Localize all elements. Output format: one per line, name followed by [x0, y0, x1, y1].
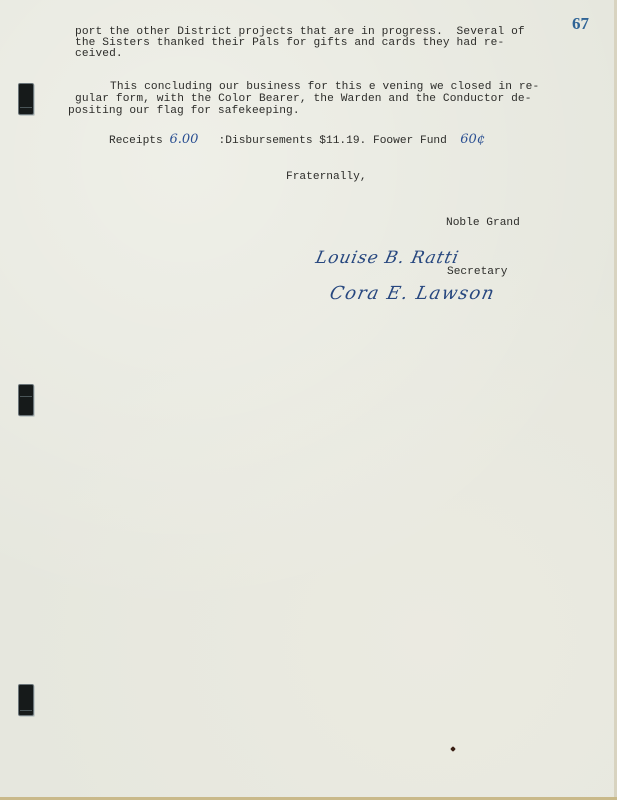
- paragraph-1-line-2: the Sisters thanked their Pals for gifts…: [75, 38, 504, 49]
- flower-fund-label: Foower Fund: [373, 135, 447, 147]
- closing-salutation: Fraternally,: [286, 171, 367, 183]
- document-page: 67 port the other District projects that…: [0, 0, 614, 797]
- paragraph-1-line-3: ceived.: [75, 49, 123, 60]
- binder-hole-top: [18, 83, 34, 115]
- financial-summary-line: Receipts 6.00 :Disbursements $11.19. Foo…: [109, 132, 485, 147]
- disbursements-value: $11.19.: [319, 135, 366, 147]
- binder-hole-middle: [18, 384, 34, 416]
- binder-hole-bottom: [18, 684, 34, 716]
- noble-grand-title: Noble Grand: [446, 217, 520, 229]
- receipts-label: Receipts: [109, 135, 163, 147]
- ink-spot-mark: [450, 746, 456, 752]
- secretary-title: Secretary: [447, 266, 507, 278]
- secretary-signature: Louise B. Ratti: [314, 248, 461, 268]
- paragraph-2-line-1: This concluding our business for this e …: [110, 82, 539, 93]
- page-number-stamp: 67: [572, 14, 589, 34]
- disbursements-label: :Disbursements: [219, 135, 313, 147]
- paragraph-2-line-2: gular form, with the Color Bearer, the W…: [75, 94, 532, 105]
- flower-fund-value: 60¢: [460, 132, 485, 147]
- receipts-value: 6.00: [169, 132, 198, 147]
- additional-signature: Cora E. Lawson: [328, 283, 497, 304]
- paragraph-2-line-3: positing our flag for safekeeping.: [68, 106, 300, 117]
